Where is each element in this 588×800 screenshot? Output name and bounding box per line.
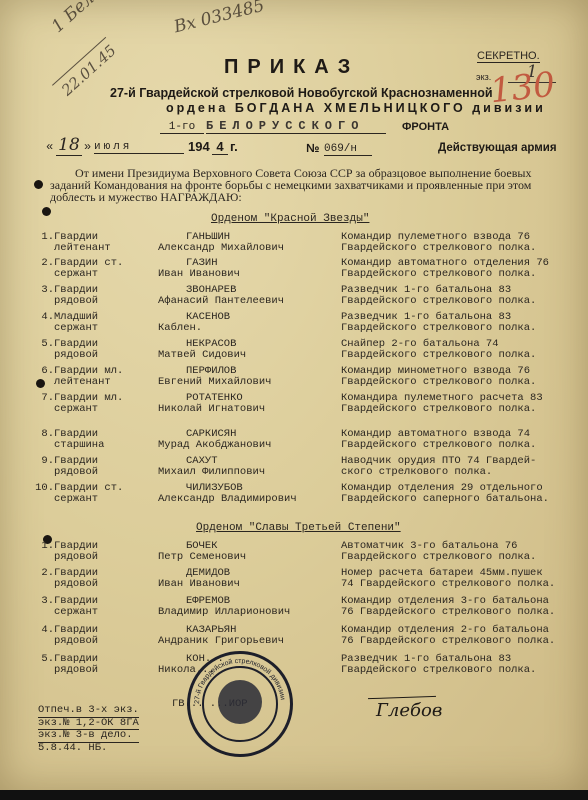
award-entry: 10.Гвардии ст.сержант ЧИЛИЗУБОВАлександр… (0, 483, 588, 507)
copy-label: экз. (476, 72, 491, 82)
intro-line-3: доблесть и мужество НАГРАЖДАЮ: (50, 191, 242, 204)
archive-note-underline (52, 37, 106, 86)
archive-note: 1 Бел. 99 (48, 0, 122, 37)
svg-text:27-й Гвардейской стрелковой ди: 27-й Гвардейской стрелковой дивизии (194, 658, 286, 704)
section-title-glory-3rd: Орденом "Славы Третьей Степени" (196, 523, 401, 534)
date-year-prefix: 194 (188, 139, 210, 154)
state-emblem-icon (218, 680, 262, 724)
award-entry: 1.Гвардиилейтенант ГАНЬШИНАлександр Миха… (0, 232, 588, 256)
award-entry: 4.Младшийсержант КАСЕНОВКаблен. Разведчи… (0, 312, 588, 336)
award-entry: 5.Гвардиирядовой КОН...Никола... Разведч… (0, 654, 588, 678)
date-quote-close: » (84, 140, 91, 154)
date-quote-open: « (46, 140, 53, 154)
archive-code: Вх 033485 (172, 0, 266, 37)
award-entry: 3.Гвардиисержант ЕФРЕМОВВладимир Илларио… (0, 596, 588, 620)
intro-line-1: От имени Президиума Верховного Совета Со… (75, 167, 531, 180)
front-name: БЕЛОРУССКОГО (206, 119, 386, 134)
punch-hole (36, 379, 45, 388)
award-entry: 4.Гвардиирядовой КАЗАРЬЯНАндраник Григор… (0, 625, 588, 649)
award-entry: 6.Гвардии мл.лейтенант ПЕРФИЛОВЕвгений М… (0, 366, 588, 390)
award-entry: 3.Гвардиирядовой ЗВОНАРЕВАфанасий Пантел… (0, 285, 588, 309)
order-number-label: № (306, 141, 319, 155)
date-day: 18 (56, 135, 82, 156)
punch-hole (34, 180, 43, 189)
punch-hole (43, 535, 52, 544)
official-seal: 27-й Гвардейской стрелковой дивизии (187, 651, 293, 757)
copy-number: 1 (508, 62, 556, 83)
document-page: 1 Бел. 99 22.01.45 Вх 033485 СЕКРЕТНО. э… (0, 0, 588, 790)
signature-stroke (368, 696, 436, 699)
award-entry: 1.Гвардиирядовой БОЧЕКПетр Семенович Авт… (0, 541, 588, 565)
handwritten-signature: Глебов (376, 700, 442, 721)
scan-border (0, 790, 588, 800)
handwritten-copy-mark: 130 (488, 65, 557, 112)
army-label: Действующая армия (438, 142, 557, 154)
front-prefix: 1-го (160, 121, 204, 134)
front-suffix: ФРОНТА (402, 121, 449, 133)
unit-line-2: ордена БОГДАНА ХМЕЛЬНИЦКОГО дивизии (166, 101, 546, 115)
award-entry: 9.Гвардиирядовой САХУТМихаил Филиппович … (0, 456, 588, 480)
section-title-red-star: Орденом "Красной Звезды" (211, 214, 369, 225)
distribution-line-2: экз.№ 1,2-ОК 8ГА (38, 718, 139, 731)
document-title: ПРИКАЗ (224, 56, 359, 79)
date-g: г. (230, 139, 238, 154)
distribution-line-3: экз.№ 3-в дело. (38, 730, 139, 743)
award-entry: 8.Гвардиистаршина САРКИСЯНМурад Акобджан… (0, 429, 588, 453)
archive-date: 22.01.45 (58, 41, 120, 99)
distribution-line-1: Отпеч.в 3-х экз. (38, 705, 139, 718)
award-entry: 2.Гвардии ст.сержант ГАЗИНИван Иванович … (0, 258, 588, 282)
distribution-line-4: 5.8.44. НБ. (38, 743, 139, 756)
intro-line-2: заданий Командования на фронте борьбы с … (50, 179, 531, 192)
award-entry: 5.Гвардиирядовой НЕКРАСОВМатвей Сидович … (0, 339, 588, 363)
award-entry: 2.Гвардиирядовой ДЕМИДОВИван Иванович Но… (0, 568, 588, 592)
classification-label: СЕКРЕТНО. (477, 50, 540, 63)
date-month: июля (94, 141, 184, 154)
award-entry: 7.Гвардии мл.сержант РОТАТЕНКОНиколай Иг… (0, 393, 588, 417)
signatory-title: ГВ... ...ИОР (172, 699, 248, 710)
order-number: 069/н (324, 143, 372, 156)
distribution-note: Отпеч.в 3-х экз. экз.№ 1,2-ОК 8ГА экз.№ … (38, 705, 139, 755)
punch-hole (42, 207, 51, 216)
seal-text: 27-й Гвардейской стрелковой дивизии (194, 658, 286, 704)
date-year-suffix: 4 (212, 139, 228, 155)
unit-line-1: 27-й Гвардейской стрелковой Новобугской … (110, 86, 493, 100)
